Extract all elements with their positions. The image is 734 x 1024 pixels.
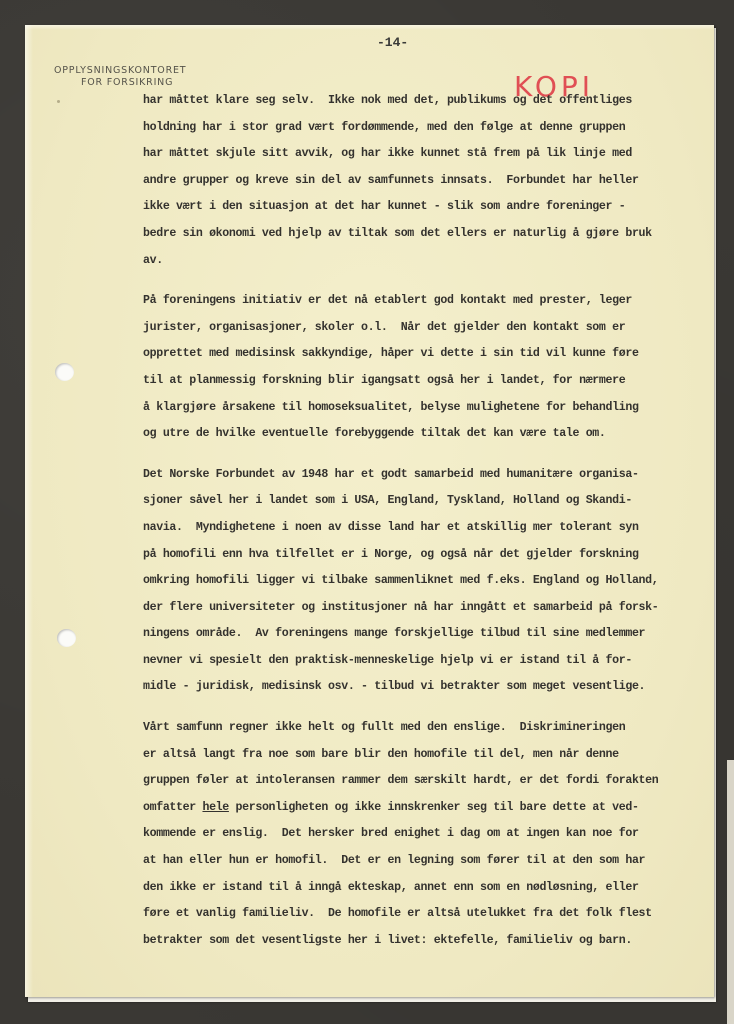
text-segment: omfatter <box>143 801 202 814</box>
letterhead: OPPLYSNINGSKONTORET FOR FORSIKRING <box>54 65 186 89</box>
page-number: -14- <box>377 35 408 50</box>
text-line: Vårt samfunn regner ikke helt og fullt m… <box>143 720 703 747</box>
paragraph-1: har måttet klare seg selv. Ikke nok med … <box>143 93 703 279</box>
text-line: av. <box>143 253 703 280</box>
text-line: er altså langt fra noe som bare blir den… <box>143 747 703 774</box>
paragraph-gap <box>143 706 703 720</box>
text-line: den ikke er istand til å inngå ekteskap,… <box>143 880 703 907</box>
text-line: andre grupper og kreve sin del av samfun… <box>143 173 703 200</box>
letterhead-org-name: OPPLYSNINGSKONTORET <box>54 65 186 77</box>
text-line: bedre sin økonomi ved hjelp av tiltak so… <box>143 226 703 253</box>
paragraph-gap <box>143 453 703 467</box>
text-line: har måttet klare seg selv. Ikke nok med … <box>143 93 703 120</box>
letterhead-org-subtitle: FOR FORSIKRING <box>54 77 186 89</box>
text-line: omkring homofili ligger vi tilbake samme… <box>143 573 703 600</box>
text-line: Det Norske Forbundet av 1948 har et godt… <box>143 467 703 494</box>
text-line: føre et vanlig familieliv. De homofile e… <box>143 906 703 933</box>
punch-hole-icon <box>57 629 76 647</box>
text-line: jurister, organisasjoner, skoler o.l. Nå… <box>143 320 703 347</box>
text-line: betrakter som det vesentligste her i liv… <box>143 933 703 960</box>
typewritten-body: har måttet klare seg selv. Ikke nok med … <box>143 93 703 959</box>
text-line: ningens område. Av foreningens mange for… <box>143 626 703 653</box>
paragraph-gap <box>143 279 703 293</box>
text-line: sjoner såvel her i landet som i USA, Eng… <box>143 493 703 520</box>
text-line: navia. Myndighetene i noen av disse land… <box>143 520 703 547</box>
paragraph-3: Det Norske Forbundet av 1948 har et godt… <box>143 467 703 706</box>
margin-mark <box>57 100 60 103</box>
paragraph-2: På foreningens initiativ er det nå etabl… <box>143 293 703 453</box>
text-line: gruppen føler at intoleransen rammer dem… <box>143 773 703 800</box>
text-line: ikke vært i den situasjon at det har kun… <box>143 199 703 226</box>
text-line: nevner vi spesielt den praktisk-menneske… <box>143 653 703 680</box>
text-line: på homofili enn hva tilfellet er i Norge… <box>143 547 703 574</box>
paragraph-4: Vårt samfunn regner ikke helt og fullt m… <box>143 720 703 959</box>
text-line: at han eller hun er homofil. Det er en l… <box>143 853 703 880</box>
text-line: å klargjøre årsakene til homoseksualitet… <box>143 400 703 427</box>
text-line: holdning har i stor grad vært fordømmend… <box>143 120 703 147</box>
document-page: -14- OPPLYSNINGSKONTORET FOR FORSIKRING … <box>25 25 714 997</box>
punch-hole-icon <box>55 363 74 381</box>
text-line: kommende er enslig. Det hersker bred eni… <box>143 826 703 853</box>
text-line: midle - juridisk, medisinsk osv. - tilbu… <box>143 679 703 706</box>
text-line: opprettet med medisinsk sakkyndige, håpe… <box>143 346 703 373</box>
text-line: til at planmessig forskning blir igangsa… <box>143 373 703 400</box>
text-line-with-underline: omfatter hele personligheten og ikke inn… <box>143 800 703 827</box>
adjacent-sheet-edge <box>727 760 734 1024</box>
underlined-word: hele <box>202 801 228 814</box>
text-line: der flere universiteter og institusjoner… <box>143 600 703 627</box>
text-line: og utre de hvilke eventuelle forebyggend… <box>143 426 703 453</box>
text-line: har måttet skjule sitt avvik, og har ikk… <box>143 146 703 173</box>
text-line: På foreningens initiativ er det nå etabl… <box>143 293 703 320</box>
text-segment: personligheten og ikke innskrenker seg t… <box>229 801 639 814</box>
